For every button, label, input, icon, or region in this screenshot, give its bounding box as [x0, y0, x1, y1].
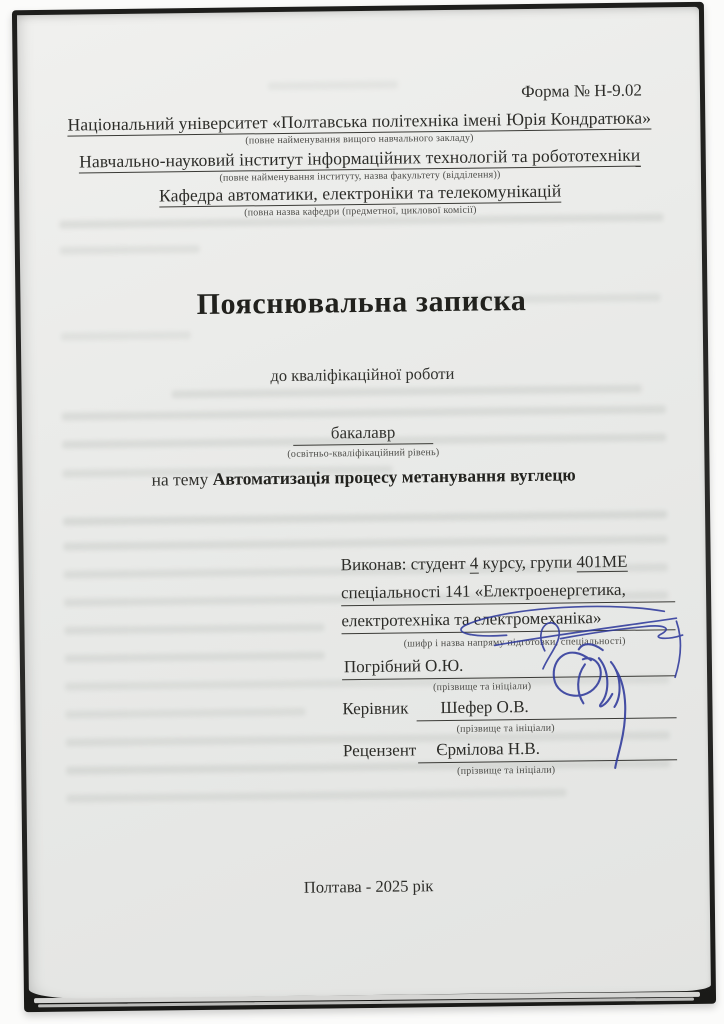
title-page: Форма № Н-9.02 Національний університет … [17, 7, 711, 999]
document-stack-edge: Форма № Н-9.02 Національний університет … [12, 2, 716, 1012]
document-subtitle: до кваліфікаційної роботи [21, 361, 703, 389]
reviewer-caption: (прізвище та ініціали) [406, 764, 606, 777]
reviewer-label: Рецензент [343, 740, 417, 761]
executor-line-2: спеціальності 141 «Електроенергетика, [341, 579, 675, 606]
page-content: Форма № Н-9.02 Національний університет … [17, 7, 711, 999]
topic-prefix: на тему [151, 469, 212, 490]
reviewer-name: Єрмілова Н.В. [418, 739, 540, 759]
student-name-caption: (прізвище та ініціали) [382, 680, 582, 693]
topic-title: Автоматизація процесу метанування вуглец… [213, 464, 576, 488]
supervisor-row: Керівник Шефер О.В. [342, 695, 676, 722]
student-name-row: Погрібний О.Ю. [342, 653, 676, 680]
supervisor-caption: (прізвище та ініціали) [406, 722, 606, 735]
reviewer-row: Рецензент Єрмілова Н.В. [343, 737, 677, 764]
executor-line-1: Виконав: студент 4 курсу, групи 401МЕ [341, 551, 675, 575]
form-number: Форма № Н-9.02 [521, 81, 642, 102]
speciality-caption: (шифр і назва напряму підготовки, спеціа… [375, 635, 655, 649]
student-name: Погрібний О.Ю. [342, 656, 464, 676]
supervisor-label: Керівник [342, 698, 408, 719]
course-number: 4 [470, 554, 479, 574]
document-photo: Форма № Н-9.02 Національний університет … [0, 0, 724, 1024]
group-code: 401МЕ [576, 552, 627, 573]
document-title: Пояснювальна записка [20, 282, 702, 324]
city-year-line: Полтава - 2025 рік [28, 873, 710, 901]
supervisor-name: Шефер О.В. [416, 697, 529, 717]
executor-line-3: електротехніка та електромеханіка» [341, 607, 675, 634]
topic-line: на тему Автоматизація процесу метануванн… [23, 463, 705, 492]
